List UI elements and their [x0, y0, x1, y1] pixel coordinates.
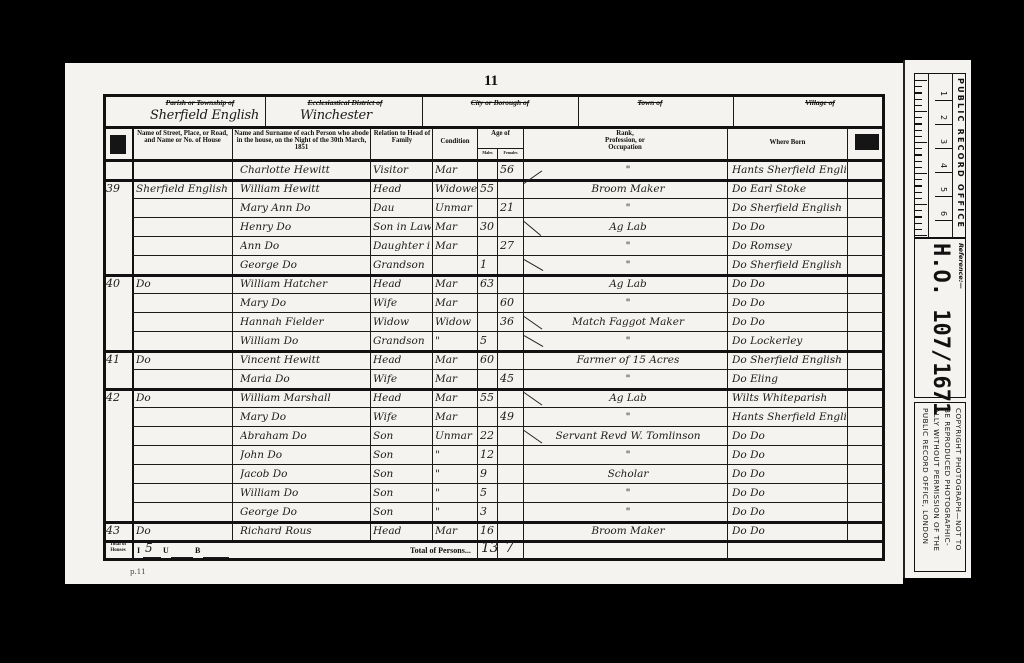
schedule-number [106, 218, 131, 236]
col-occupation-heading: Rank, Profession, or Occupation [600, 130, 650, 151]
relation-cell: Wife [373, 294, 431, 312]
female-age-cell: 27 [500, 237, 522, 255]
schedule-number [106, 199, 131, 217]
female-age-cell [500, 256, 522, 274]
relation-cell: Head [373, 351, 431, 369]
born-cell: Do Do [732, 446, 846, 464]
born-cell: Wilts Whiteparish [732, 389, 846, 407]
ruler-number: 5 [939, 187, 948, 192]
col-street-heading: Name of Street, Place, or Road, and Name… [134, 130, 231, 144]
ruler-tick [915, 123, 922, 124]
schedule-number [106, 256, 131, 274]
street-cell [136, 218, 231, 236]
relation-cell: Head [373, 522, 431, 540]
condition-cell: " [435, 503, 477, 521]
name-cell: Hannah Fielder [240, 313, 368, 331]
relation-cell: Daughter in Law [373, 237, 431, 255]
male-age-cell: 22 [480, 427, 497, 445]
copyright-line: ALLY WITHOUT PERMISSION OF THE [932, 408, 941, 551]
total-females-value: 7 [505, 540, 514, 556]
occupation-cell: " [530, 408, 726, 426]
copyright-line: COPYRIGHT PHOTOGRAPH—NOT TO [954, 408, 963, 551]
male-age-cell: 16 [480, 522, 497, 540]
male-age-cell [480, 237, 497, 255]
row-divider [132, 426, 885, 427]
ruler-number: 6 [939, 211, 948, 216]
male-age-cell: 55 [480, 389, 497, 407]
occupation-cell: Broom Maker [530, 522, 726, 540]
occupation-cell: " [530, 161, 726, 179]
female-age-cell [500, 446, 522, 464]
ruler-tick [915, 198, 922, 199]
ruler-tick [915, 130, 922, 131]
name-cell: Maria Do [240, 370, 368, 388]
occupation-cell: Broom Maker [530, 180, 726, 198]
female-age-cell [500, 351, 522, 369]
condition-cell: Mar [435, 351, 477, 369]
row-divider [132, 255, 885, 256]
born-cell: Do Romsey [732, 237, 846, 255]
schedule-number [106, 503, 131, 521]
relation-cell: Son [373, 446, 431, 464]
ruler-tick [915, 235, 927, 236]
born-cell: Do Sherfield English [732, 256, 846, 274]
name-cell: Henry Do [240, 218, 368, 236]
relation-cell: Head [373, 180, 431, 198]
row-divider [132, 217, 885, 218]
schedule-number: 40 [106, 275, 131, 293]
condition-cell: " [435, 332, 477, 350]
schedule-number [106, 408, 131, 426]
ruler-tick [915, 86, 922, 87]
relation-cell: Dau [373, 199, 431, 217]
occupation-cell: " [530, 256, 726, 274]
female-age-cell [500, 275, 522, 293]
street-cell [136, 256, 231, 274]
col-females-heading: Females [498, 151, 523, 155]
relation-cell: Wife [373, 370, 431, 388]
female-age-cell: 56 [500, 161, 522, 179]
relation-cell: Head [373, 275, 431, 293]
schedule-number [106, 237, 131, 255]
name-cell: William Hatcher [240, 275, 368, 293]
ruler-label: PUBLIC RECORD OFFICE [956, 78, 965, 229]
male-age-cell [480, 408, 497, 426]
born-cell: Do Do [732, 294, 846, 312]
occupation-cell: " [530, 294, 726, 312]
condition-cell [435, 256, 477, 274]
ruler-tick [915, 154, 922, 155]
ruler-major-tick [935, 148, 952, 149]
street-cell: Do [136, 522, 231, 540]
relation-cell: Wife [373, 408, 431, 426]
parish-value: Sherfield English [150, 108, 259, 123]
household-divider [103, 179, 885, 182]
occupation-cell: Farmer of 15 Acres [530, 351, 726, 369]
born-cell: Do Earl Stoke [732, 180, 846, 198]
condition-cell: Mar [435, 522, 477, 540]
household-divider [103, 521, 885, 524]
schedule-number [106, 332, 131, 350]
condition-cell: " [435, 484, 477, 502]
row-divider [132, 464, 885, 465]
male-age-cell: 5 [480, 332, 497, 350]
female-age-cell: 45 [500, 370, 522, 388]
name-cell: William Hewitt [240, 180, 368, 198]
total-males-value: 13 [481, 540, 498, 556]
street-cell [136, 465, 231, 483]
female-age-cell: 21 [500, 199, 522, 217]
occupation-cell: Scholar [530, 465, 726, 483]
female-age-cell [500, 427, 522, 445]
building-label: B [195, 546, 200, 555]
ruler-tick [915, 111, 927, 112]
street-cell: Do [136, 275, 231, 293]
occupation-cell: " [530, 370, 726, 388]
col-age-heading: Age of [478, 130, 523, 137]
male-age-cell: 9 [480, 465, 497, 483]
street-cell [136, 503, 231, 521]
relation-cell: Grandson [373, 256, 431, 274]
female-age-cell: 36 [500, 313, 522, 331]
born-cell: Do Do [732, 484, 846, 502]
condition-cell: Mar [435, 218, 477, 236]
ruler-tick [915, 136, 922, 137]
occupation-cell: " [530, 484, 726, 502]
born-cell: Hants Sherfield English [732, 408, 846, 426]
col-males-heading: Males [478, 151, 497, 155]
reference-label: Reference:— [957, 243, 965, 289]
name-cell: Mary Ann Do [240, 199, 368, 217]
male-age-cell: 55 [480, 180, 497, 198]
household-divider [103, 274, 885, 277]
name-cell: Ann Do [240, 237, 368, 255]
row-divider [132, 369, 885, 370]
ruler-tick [915, 179, 922, 180]
street-cell: Do [136, 351, 231, 369]
city-label: City or Borough of [440, 99, 560, 107]
born-cell: Do Sherfield English [732, 351, 846, 369]
ruler-tick [915, 161, 922, 162]
ruler-major-tick [935, 172, 952, 173]
female-age-cell [500, 503, 522, 521]
born-cell: Do Eling [732, 370, 846, 388]
household-divider [103, 388, 885, 391]
female-age-cell [500, 218, 522, 236]
occupation-cell: Ag Lab [530, 218, 726, 236]
male-age-cell [480, 313, 497, 331]
reference-strip: 123456 PUBLIC RECORD OFFICE Reference:— … [903, 60, 971, 578]
ruler-tick [915, 105, 922, 106]
copyright-line: BE REPRODUCED PHOTOGRAPHIC- [943, 408, 952, 546]
town-label: Town of [600, 99, 700, 107]
street-cell [136, 294, 231, 312]
col-relation-heading: Relation to Head of Family [372, 130, 432, 144]
relation-cell: Son [373, 465, 431, 483]
ruler-number: 2 [939, 115, 948, 120]
name-cell: William Marshall [240, 389, 368, 407]
uninhabited-label: U [163, 546, 169, 555]
schedule-number [106, 313, 131, 331]
name-cell: Mary Do [240, 408, 368, 426]
row-divider [132, 502, 885, 503]
street-cell [136, 237, 231, 255]
relation-cell: Son [373, 427, 431, 445]
schedule-number [106, 294, 131, 312]
condition-cell: Mar [435, 408, 477, 426]
ruler-tick [915, 192, 922, 193]
name-cell: Richard Rous [240, 522, 368, 540]
occupation-cell: " [530, 503, 726, 521]
street-cell [136, 199, 231, 217]
ruler-number: 4 [939, 163, 948, 168]
ruler-tick [915, 204, 927, 205]
relation-cell: Head [373, 389, 431, 407]
col-name-heading: Name and Surname of each Person who abod… [233, 130, 370, 151]
female-age-cell: 60 [500, 294, 522, 312]
condition-cell: Widower [435, 180, 477, 198]
ruler-tick [915, 216, 922, 217]
condition-cell: Mar [435, 370, 477, 388]
female-age-cell: 49 [500, 408, 522, 426]
occupation-cell: " [530, 332, 726, 350]
name-cell: Mary Do [240, 294, 368, 312]
female-age-cell [500, 332, 522, 350]
row-divider [132, 293, 885, 294]
ruler-number: 1 [939, 91, 948, 96]
col-condition-heading: Condition [433, 138, 477, 145]
born-cell: Do Do [732, 465, 846, 483]
ruler-tick [915, 148, 922, 149]
born-cell: Hants Sherfield English [732, 161, 846, 179]
street-cell [136, 484, 231, 502]
relation-cell: Widow [373, 313, 431, 331]
condition-cell: Mar [435, 389, 477, 407]
male-age-cell [480, 370, 497, 388]
occupation-cell: Ag Lab [530, 275, 726, 293]
row-divider [132, 312, 885, 313]
condition-cell: " [435, 446, 477, 464]
name-cell: Jacob Do [240, 465, 368, 483]
occupation-cell: " [530, 199, 726, 217]
ruler-major-tick [935, 220, 952, 221]
occupation-cell: " [530, 237, 726, 255]
ruler-tick [915, 173, 927, 174]
ecclesiastical-value: Winchester [300, 108, 372, 123]
schedule-number [106, 427, 131, 445]
male-age-cell [480, 161, 497, 179]
parish-label: Parish or Township of [140, 99, 260, 107]
schedule-number [106, 446, 131, 464]
female-age-cell [500, 465, 522, 483]
village-label: Village of [770, 99, 870, 107]
street-cell [136, 427, 231, 445]
ruler-tick [915, 223, 922, 224]
condition-cell: Unmar [435, 199, 477, 217]
ruler-tick [915, 80, 927, 81]
male-age-cell: 12 [480, 446, 497, 464]
condition-cell: Mar [435, 275, 477, 293]
row-divider [132, 407, 885, 408]
name-cell: Abraham Do [240, 427, 368, 445]
born-cell: Do Do [732, 503, 846, 521]
ruler-tick [915, 92, 922, 93]
row-divider [132, 445, 885, 446]
male-age-cell: 1 [480, 256, 497, 274]
schedule-number: 43 [106, 522, 131, 540]
female-age-cell [500, 180, 522, 198]
male-age-cell: 60 [480, 351, 497, 369]
name-cell: Charlotte Hewitt [240, 161, 368, 179]
ruler-tick [915, 99, 922, 100]
occupation-cell: Servant Revd W. Tomlinson [530, 427, 726, 445]
total-persons-label: Total of Persons... [410, 546, 471, 555]
col-born-heading: Where Born [729, 139, 846, 146]
street-cell: Sherfield English [136, 180, 231, 198]
name-cell: William Do [240, 332, 368, 350]
male-age-cell [480, 294, 497, 312]
name-cell: George Do [240, 503, 368, 521]
row-divider [132, 331, 885, 332]
condition-cell: Mar [435, 294, 477, 312]
schedule-number: 41 [106, 351, 131, 369]
born-cell: Do Sherfield English [732, 199, 846, 217]
relation-cell: Visitor [373, 161, 431, 179]
row-divider [132, 483, 885, 484]
male-age-cell [480, 199, 497, 217]
condition-cell: Mar [435, 237, 477, 255]
name-cell: John Do [240, 446, 368, 464]
schedule-column-heading-icon [110, 135, 126, 154]
relation-cell: Grandson [373, 332, 431, 350]
occupation-cell: Match Faggot Maker [530, 313, 726, 331]
row-divider [132, 198, 885, 199]
relation-cell: Son [373, 484, 431, 502]
male-age-cell: 63 [480, 275, 497, 293]
condition-cell: Mar [435, 161, 477, 179]
copyright-line: PUBLIC RECORD OFFICE, LONDON [921, 408, 930, 545]
condition-cell: " [435, 465, 477, 483]
born-cell: Do Do [732, 313, 846, 331]
condition-cell: Unmar [435, 427, 477, 445]
schedule-number: 39 [106, 180, 131, 198]
schedule-number [106, 465, 131, 483]
street-cell: Do [136, 389, 231, 407]
female-age-cell [500, 389, 522, 407]
ruler-tick [915, 185, 922, 186]
ecclesiastical-label: Ecclesiastical District of [270, 99, 420, 107]
ruler-number: 3 [939, 139, 948, 144]
inhabited-value: 5 [145, 541, 152, 555]
relation-cell: Son [373, 503, 431, 521]
ruler-major-tick [935, 124, 952, 125]
occupation-cell: Ag Lab [530, 389, 726, 407]
blind-column-heading-icon [855, 134, 879, 150]
born-cell: Do Do [732, 427, 846, 445]
born-cell: Do Lockerley [732, 332, 846, 350]
occupation-cell: " [530, 446, 726, 464]
relation-cell: Son in Law [373, 218, 431, 236]
name-cell: William Do [240, 484, 368, 502]
schedule-number [106, 484, 131, 502]
street-cell [136, 161, 231, 179]
street-cell [136, 313, 231, 331]
street-cell [136, 446, 231, 464]
reference-value: H.O. 107/1671 [928, 243, 953, 415]
born-cell: Do Do [732, 522, 846, 540]
name-cell: Vincent Hewitt [240, 351, 368, 369]
street-cell [136, 332, 231, 350]
street-cell [136, 408, 231, 426]
ruler-tick [915, 210, 922, 211]
schedule-number [106, 161, 131, 179]
male-age-cell: 30 [480, 218, 497, 236]
ruler-tick [915, 167, 922, 168]
total-houses-label: Total of Houses [106, 542, 130, 553]
ruler-tick [915, 142, 927, 143]
ruler-major-tick [935, 100, 952, 101]
female-age-cell [500, 522, 522, 540]
footnote: p.11 [130, 568, 146, 576]
born-cell: Do Do [732, 218, 846, 236]
schedule-number: 42 [106, 389, 131, 407]
household-divider [103, 350, 885, 353]
inhabited-label: I [137, 546, 140, 555]
born-cell: Do Do [732, 275, 846, 293]
male-age-cell: 3 [480, 503, 497, 521]
page-number: 11 [484, 73, 498, 90]
male-age-cell: 5 [480, 484, 497, 502]
name-cell: George Do [240, 256, 368, 274]
schedule-number [106, 370, 131, 388]
ruler-tick [915, 117, 922, 118]
ruler-tick [915, 229, 922, 230]
condition-cell: Widow [435, 313, 477, 331]
ruler-major-tick [935, 196, 952, 197]
female-age-cell [500, 484, 522, 502]
row-divider [132, 236, 885, 237]
street-cell [136, 370, 231, 388]
